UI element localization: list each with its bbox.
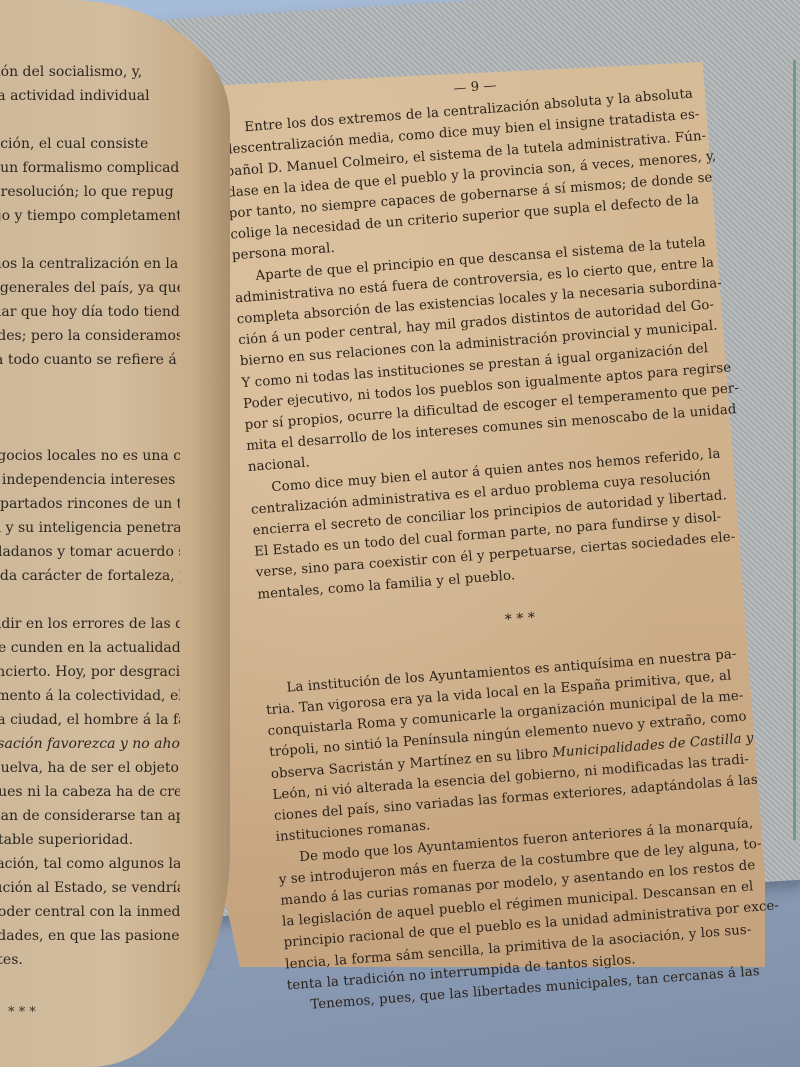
- text-line: amos la centralización en la: [0, 252, 180, 276]
- text-line: concierto. Hoy, por desgracia,: [0, 660, 180, 684]
- text-line: iudadanos y tomar acuerdo sobre: [0, 540, 180, 564]
- text-line: s han de considerarse tan apenas: [0, 804, 180, 828]
- text-line: lización, tal como algunos la entien: [0, 852, 180, 876]
- text-line: que cunden en la actualidad, suger: [0, 636, 180, 660]
- text-line: alidades, en que las pasiones son m: [0, 924, 180, 948]
- text-line: disuelva, ha de ser el objeto de: [0, 756, 180, 780]
- left-page-text: ación del socialismo, y, a la actividad …: [0, 60, 180, 972]
- right-page-text: — 9 — Entre los dos extremos de la centr…: [220, 59, 788, 1018]
- text-line: ación del socialismo, y,: [0, 60, 180, 84]
- text-line: ; pues ni la cabeza ha de crecer á: [0, 780, 180, 804]
- text-line: vidar que hoy día todo tiende: [0, 300, 180, 324]
- left-page-asterism: * * *: [8, 1005, 36, 1020]
- text-line: [0, 372, 180, 396]
- text-line: on independencia intereses que: [0, 468, 180, 492]
- paragraph-2: Aparte de que el principio en que descan…: [233, 230, 747, 479]
- text-line: bajo y tiempo completamente: [0, 204, 180, 228]
- text-line: [0, 228, 180, 252]
- text-line: s apartados rincones de un te: [0, 492, 180, 516]
- text-line: alisación favorezca y no ahogue: [0, 732, 180, 756]
- text-line: [0, 420, 180, 444]
- text-line: os un formalismo complicado: [0, 156, 180, 180]
- text-line: dades; pero la consideramos: [0, 324, 180, 348]
- text-line: [0, 396, 180, 420]
- cover-green-edge: [793, 60, 796, 840]
- text-line: negocios locales no es una co: [0, 444, 180, 468]
- text-line: sta y su inteligencia penetran en: [0, 516, 180, 540]
- section-asterism: * * *: [260, 596, 759, 643]
- text-line: es da carácter de fortaleza, pero: [0, 564, 180, 588]
- text-line: es generales del país, ya que: [0, 276, 180, 300]
- text-line: entes.: [0, 948, 180, 972]
- text-line: [0, 108, 180, 132]
- text-line: ara todo cuanto se refiere á: [0, 348, 180, 372]
- text-line: ibución al Estado, se vendría á sub: [0, 876, 180, 900]
- text-line: ncidir en los errores de las doc: [0, 612, 180, 636]
- text-line: [0, 588, 180, 612]
- text-line: á la ciudad, el hombre á la familia: [0, 708, 180, 732]
- book-photo-scene: — 9 — Entre los dos extremos de la centr…: [0, 0, 800, 1067]
- text-line: su resolución; lo que repug: [0, 180, 180, 204]
- text-line: ización, el cual consiste: [0, 132, 180, 156]
- text-line: putable superioridad.: [0, 828, 180, 852]
- text-line: vamento á la colectividad, el prove: [0, 684, 180, 708]
- text-line: l poder central con la inmediata y p: [0, 900, 180, 924]
- text-line: a la actividad individual: [0, 84, 180, 108]
- left-page: ación del socialismo, y, a la actividad …: [0, 0, 230, 1067]
